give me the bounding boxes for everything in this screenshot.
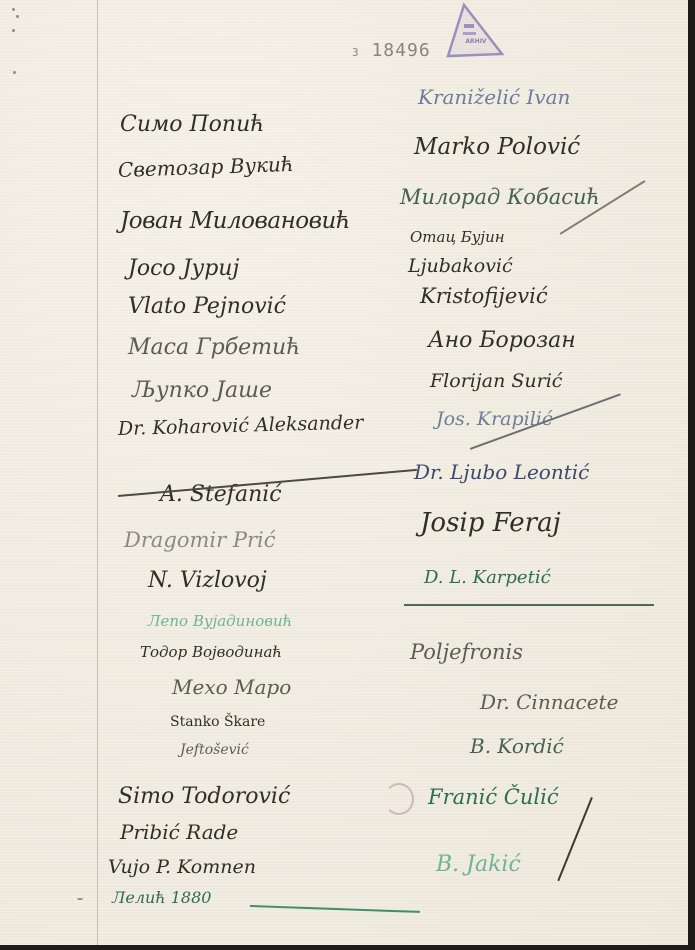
signature: Poljefronis (410, 640, 523, 664)
signature: Franić Čulić (428, 785, 559, 809)
signature: Josip Feraj (420, 508, 561, 538)
margin-line (97, 0, 98, 945)
signature: Dr. Ljubo Leontić (414, 460, 589, 484)
document-page: 3 18496 ARHIV Симо Попић Светозар Вукић … (0, 0, 688, 945)
signature: Simo Todorović (118, 784, 290, 809)
signature: N. Vizlovoj (148, 568, 267, 593)
signature: Лепо Вујадиновић (148, 612, 292, 630)
signature: Stanko Škare (170, 714, 265, 730)
signature: Милорад Кобасић (400, 185, 600, 209)
signature: Kristofijević (420, 284, 548, 308)
paper-spot (12, 29, 15, 32)
signature: Јован Миловановић (120, 208, 350, 234)
signature: Florijan Surić (430, 370, 562, 392)
signature: Светозар Вукић (118, 152, 295, 182)
reference-number-value: 18496 (371, 40, 430, 61)
signature: D. L. Karpetić (424, 567, 551, 588)
paper-spot (16, 15, 19, 18)
signature: Отац Бујин (410, 228, 505, 246)
signature: Јосо Јуриј (128, 256, 239, 281)
signature: Dr. Koharović Aleksander (118, 412, 364, 440)
signature: Ано Борозан (428, 328, 576, 353)
signature: Маса Грбетић (128, 335, 300, 360)
signature: Marko Polović (414, 134, 580, 160)
divider-stroke (404, 604, 654, 606)
signature: B. Jakić (436, 852, 521, 877)
reference-number: 3 18496 (352, 40, 431, 61)
signature: Jos. Krapilić (436, 408, 553, 430)
signature: Мехо Маро (172, 675, 291, 699)
paper-spot (77, 898, 83, 900)
paper-spot (12, 8, 15, 11)
signature: Тодор Војводинаћ (140, 643, 282, 661)
signature: Ljubaković (408, 255, 513, 277)
paper-spot (13, 71, 16, 74)
signature: Лелић 1880 (112, 888, 211, 907)
reference-prefix: 3 (352, 46, 360, 59)
signature: B. Kordić (470, 734, 564, 758)
signature: Dragomir Prić (124, 528, 275, 552)
flourish-stroke (250, 905, 420, 912)
signature: Vlato Pejnović (128, 294, 286, 319)
signature: Симо Попић (120, 112, 264, 137)
diagonal-stroke (557, 797, 592, 881)
stamp-label: ARHIV (460, 38, 492, 45)
faded-stamp-mark (384, 783, 414, 815)
signature: Vujo P. Komnen (108, 856, 256, 878)
signature: Dr. Cinnacete (480, 690, 618, 714)
signature: Kraniželić Ivan (418, 85, 570, 109)
signature: Pribić Rade (120, 820, 238, 844)
signature: Љупко Јаше (132, 378, 272, 403)
archive-stamp-icon (446, 2, 506, 58)
signature: Jeftošević (180, 742, 249, 758)
